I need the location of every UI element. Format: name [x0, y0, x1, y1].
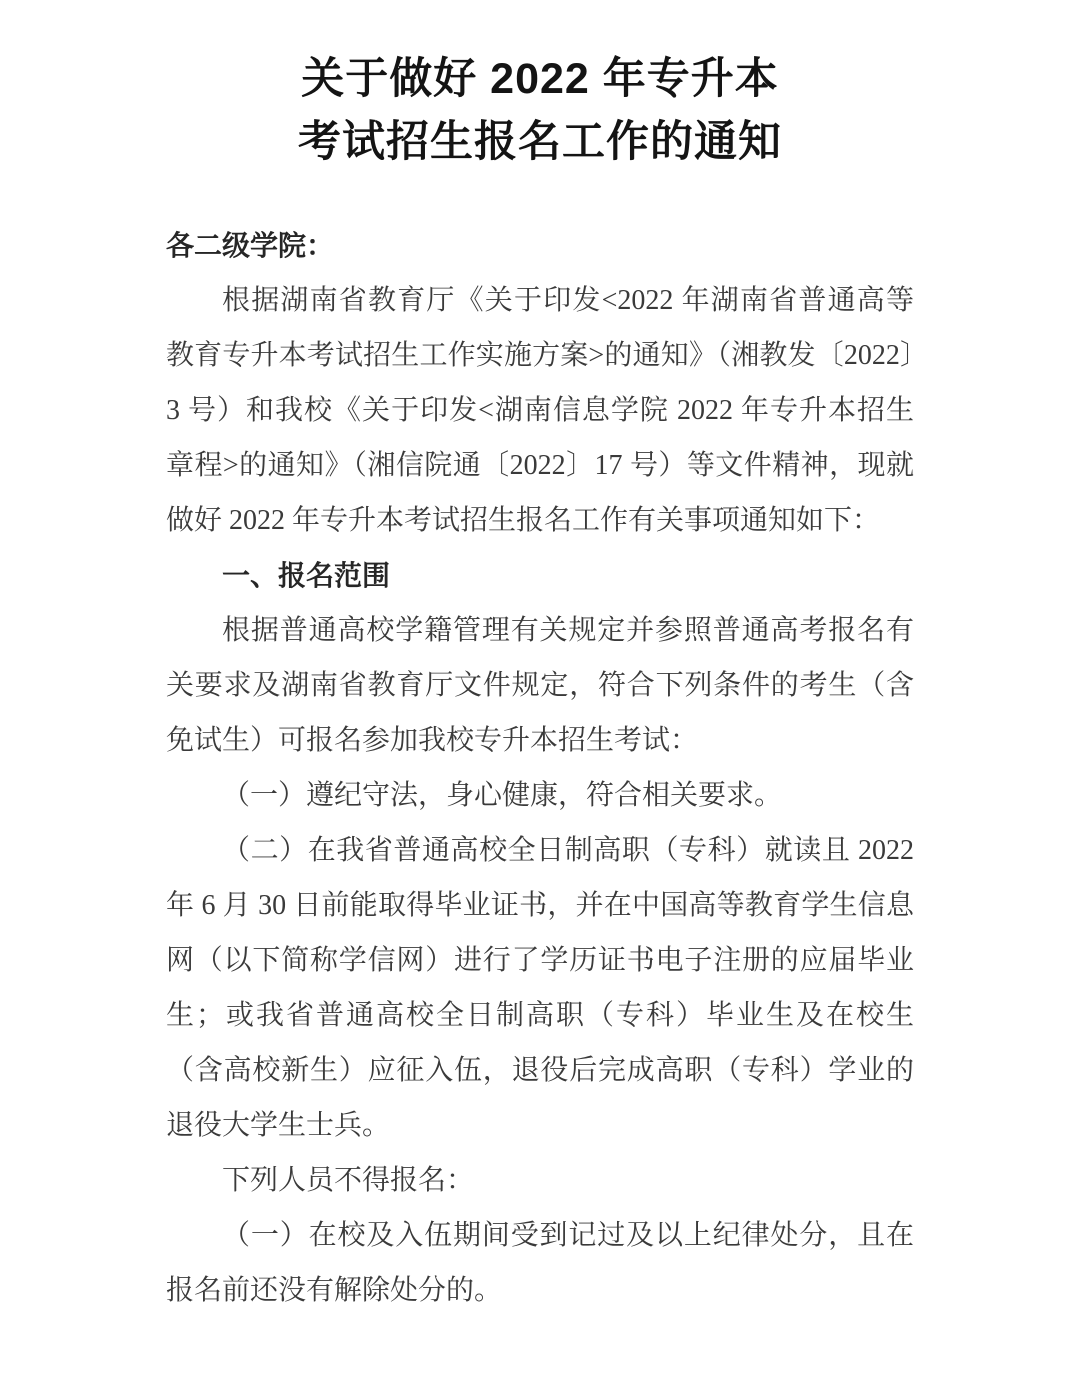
paragraph-excluded-intro: 下列人员不得报名：: [166, 1153, 914, 1208]
title-line-1: 关于做好 2022 年专升本: [0, 48, 1080, 111]
salutation: 各二级学院：: [166, 218, 914, 273]
paragraph-scope-intro: 根据普通高校学籍管理有关规定并参照普通高考报名有关要求及湖南省教育厅文件规定，符…: [166, 603, 914, 768]
document-body: 各二级学院： 根据湖南省教育厅《关于印发<2022 年湖南省普通高等教育专升本考…: [166, 218, 914, 1318]
title-line-2: 考试招生报名工作的通知: [0, 111, 1080, 174]
document-title: 关于做好 2022 年专升本 考试招生报名工作的通知: [0, 48, 1080, 174]
section-heading-registration-scope: 一、报名范围: [166, 548, 914, 603]
paragraph-basis: 根据湖南省教育厅《关于印发<2022 年湖南省普通高等教育专升本考试招生工作实施…: [166, 273, 914, 548]
paragraph-excluded-1: （一）在校及入伍期间受到记过及以上纪律处分，且在报名前还没有解除处分的。: [166, 1208, 914, 1318]
paragraph-condition-2: （二）在我省普通高校全日制高职（专科）就读且 2022 年 6 月 30 日前能…: [166, 823, 914, 1153]
paragraph-condition-1: （一）遵纪守法，身心健康，符合相关要求。: [166, 768, 914, 823]
document-page: 关于做好 2022 年专升本 考试招生报名工作的通知 各二级学院： 根据湖南省教…: [0, 0, 1080, 1373]
